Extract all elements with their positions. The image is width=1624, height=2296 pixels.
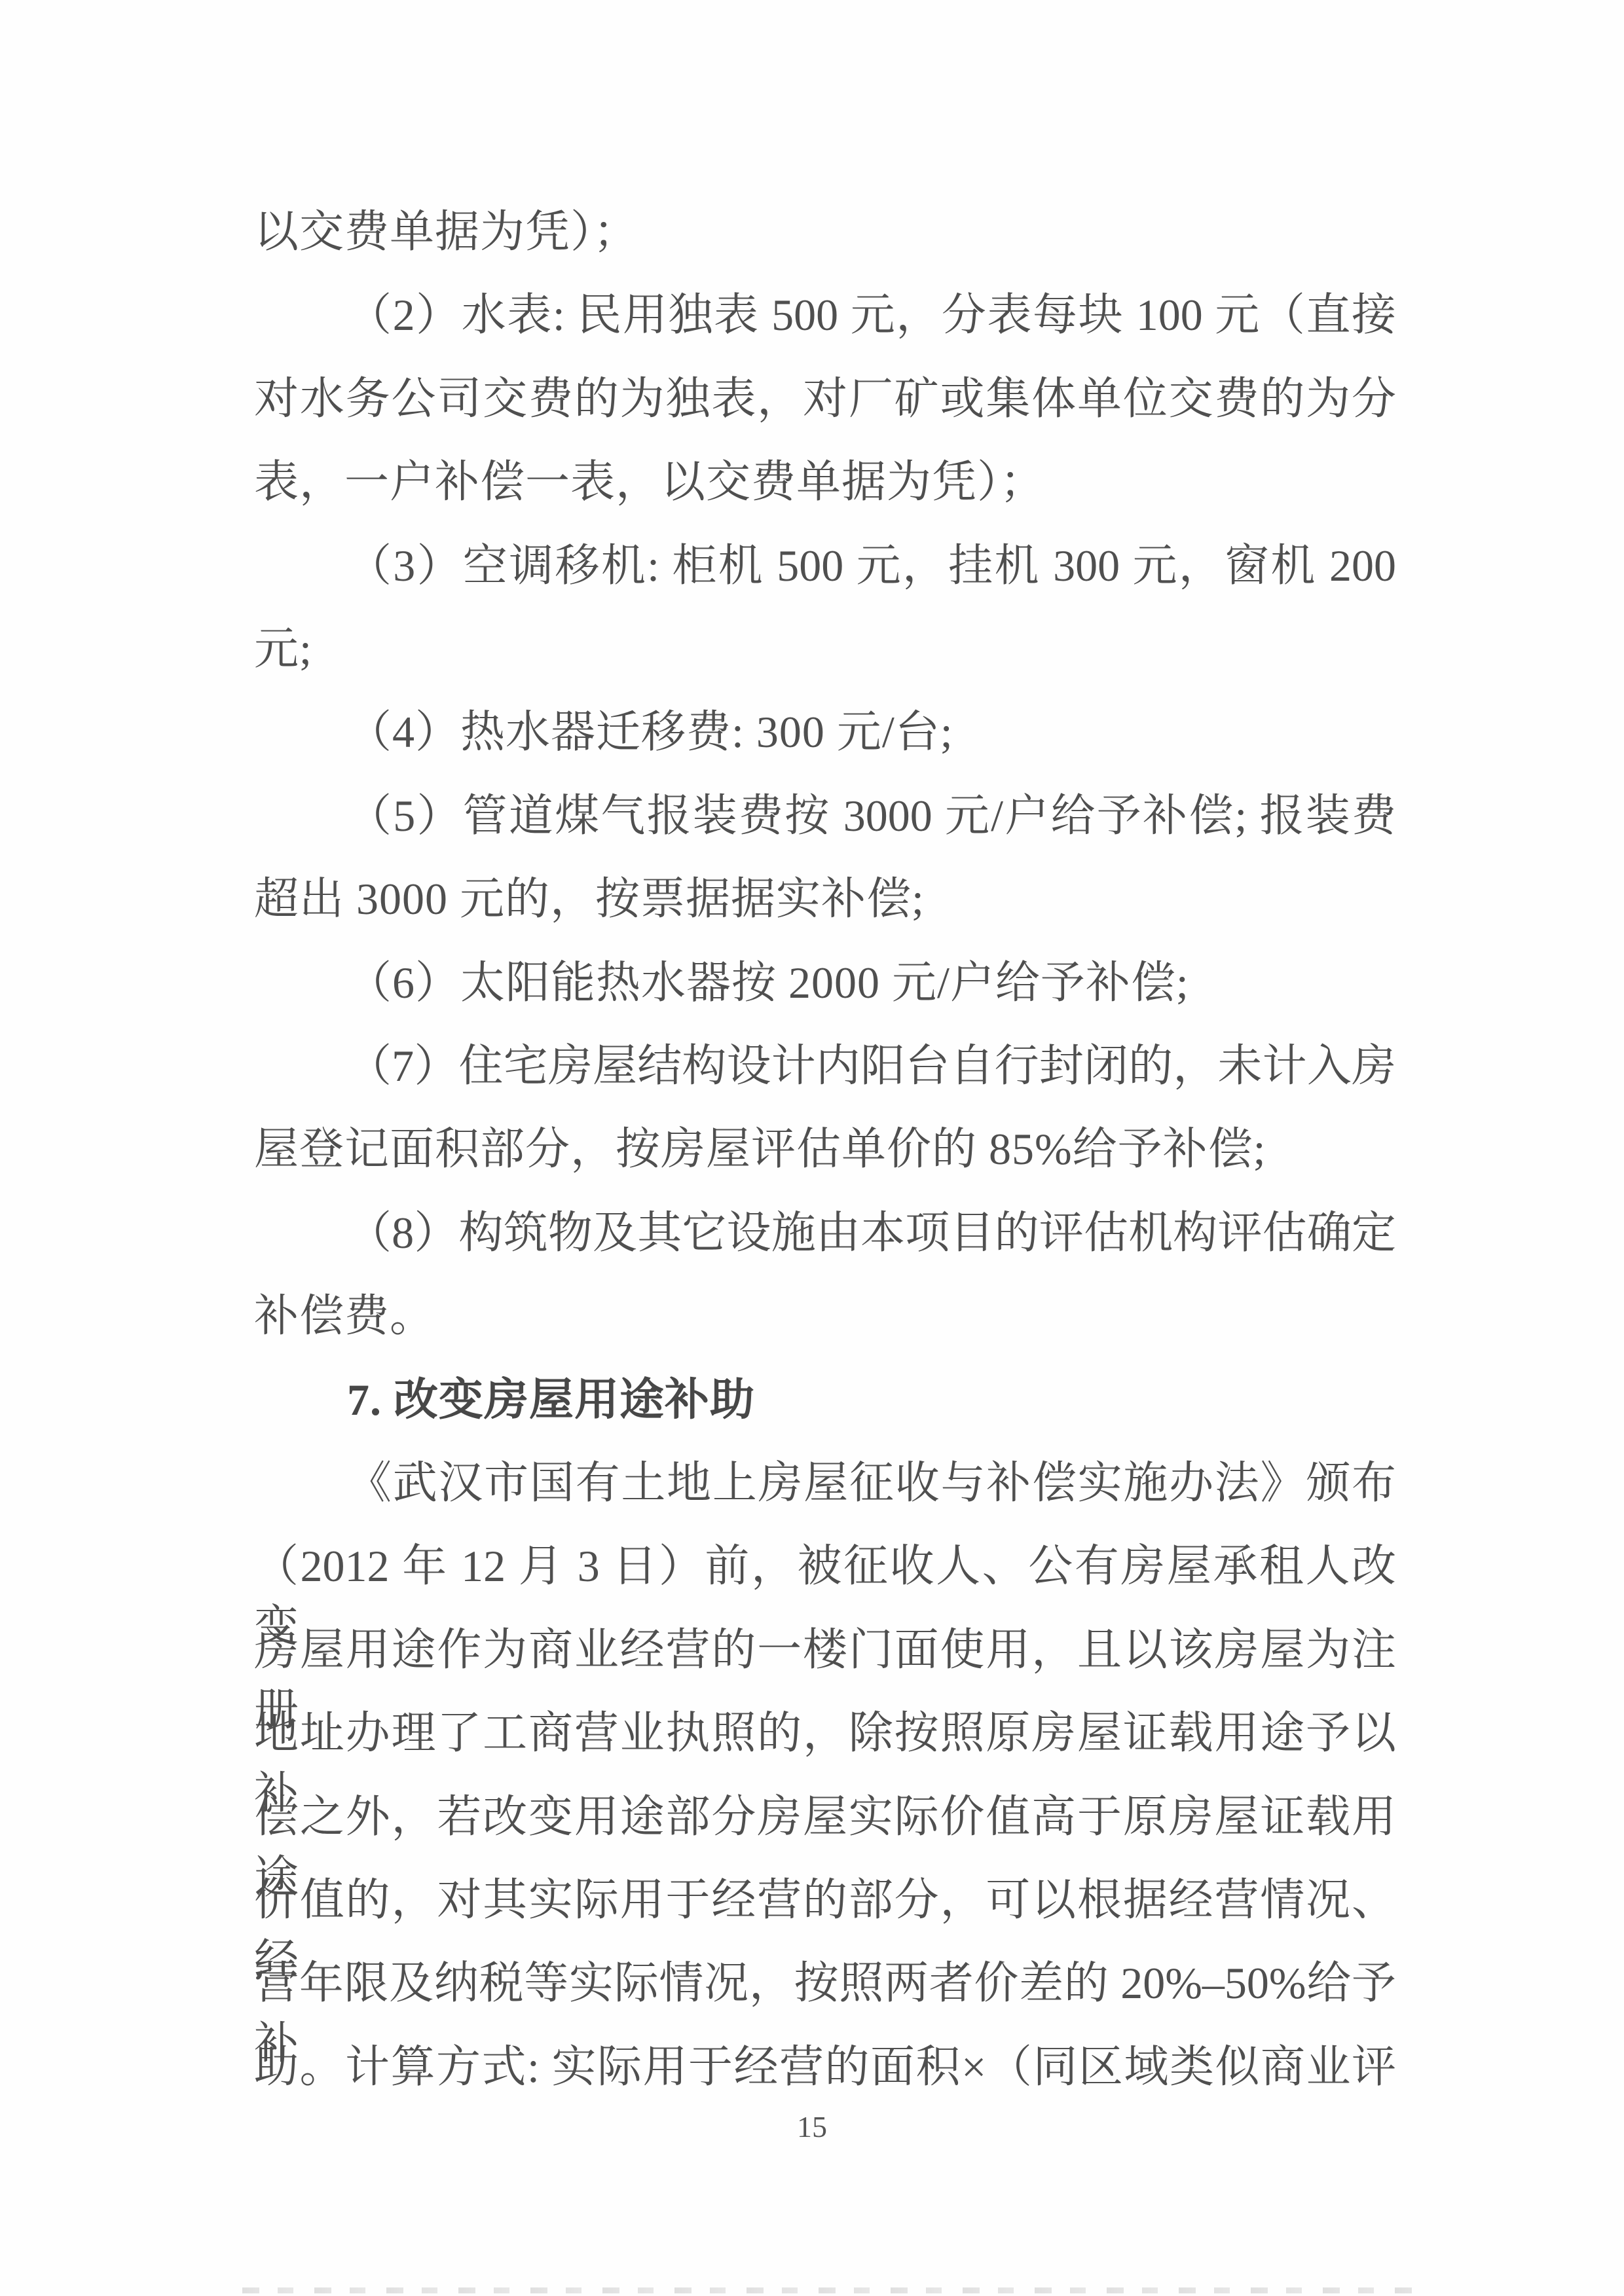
text-line: 补偿费。 — [254, 1286, 1396, 1346]
text-line: （2）水表: 民用独表 500 元，分表每块 100 元（直接 — [347, 285, 1396, 345]
text-line: 以交费单据为凭）； — [254, 202, 1396, 262]
text-line: （7）住宅房屋结构设计内阳台自行封闭的，未计入房 — [347, 1036, 1396, 1096]
text-line: （3）空调移机: 柜机 500 元，挂机 300 元，窗机 200 — [347, 536, 1396, 596]
text-line: 表，一户补偿一表，以交费单据为凭）； — [254, 452, 1396, 512]
text-line: （4）热水器迁移费: 300 元/台; — [347, 702, 1396, 762]
bleed-through-artifact — [242, 2287, 1414, 2293]
text-line: 助。计算方式: 实际用于经营的面积×（同区域类似商业评 — [254, 2037, 1396, 2097]
text-line: 价值的，对其实际用于经营的部分，可以根据经营情况、经 — [254, 1870, 1396, 1930]
text-line: （8）构筑物及其它设施由本项目的评估机构评估确定 — [347, 1203, 1396, 1263]
text-line: 营年限及纳税等实际情况，按照两者价差的 20%–50%给予补 — [254, 1953, 1396, 2013]
text-line: 7. 改变房屋用途补助 — [347, 1370, 1396, 1430]
document-page: 以交费单据为凭）；（2）水表: 民用独表 500 元，分表每块 100 元（直接… — [0, 0, 1624, 2296]
text-line: 《武汉市国有土地上房屋征收与补偿实施办法》颁布 — [347, 1453, 1396, 1513]
text-line: （6）太阳能热水器按 2000 元/户给予补偿; — [347, 953, 1396, 1013]
text-line: 超出 3000 元的，按票据据实补偿; — [254, 869, 1396, 929]
text-line: （5）管道煤气报装费按 3000 元/户给予补偿; 报装费 — [347, 786, 1396, 846]
text-line: 地址办理了工商营业执照的，除按照原房屋证载用途予以补 — [254, 1703, 1396, 1763]
text-line: 房屋用途作为商业经营的一楼门面使用，且以该房屋为注册 — [254, 1620, 1396, 1680]
text-line: 偿之外，若改变用途部分房屋实际价值高于原房屋证载用途 — [254, 1787, 1396, 1847]
text-line: 屋登记面积部分，按房屋评估单价的 85%给予补偿; — [254, 1119, 1396, 1179]
text-line: （2012 年 12 月 3 日）前，被征收人、公有房屋承租人改变 — [254, 1536, 1396, 1596]
page-number: 15 — [0, 2109, 1624, 2144]
text-line: 元; — [254, 619, 1396, 679]
text-line: 对水务公司交费的为独表，对厂矿或集体单位交费的为分 — [254, 369, 1396, 429]
